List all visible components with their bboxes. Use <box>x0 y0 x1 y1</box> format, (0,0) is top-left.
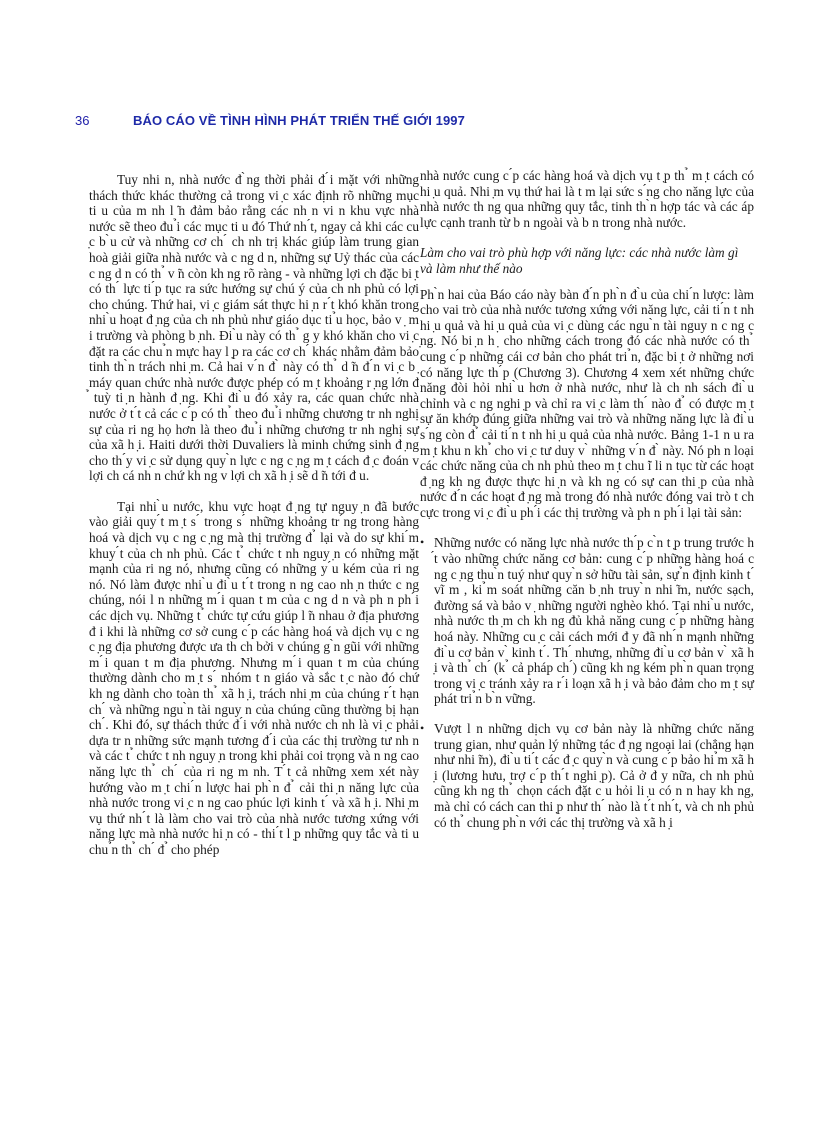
body-paragraph: Tuy nhi n, nhà nước đ ̀ng thời phải đ ́i… <box>89 172 419 484</box>
section-heading: Làm cho vai trò phù hợp với năng lực: cá… <box>420 245 754 276</box>
bullet-item: • Vượt l n những dịch vụ cơ bản này là n… <box>420 721 754 830</box>
left-column: Tuy nhi n, nhà nước đ ̀ng thời phải đ ́i… <box>89 172 419 873</box>
bullet-text: Vượt l n những dịch vụ cơ bản này là nhữ… <box>434 721 754 830</box>
right-column: nhà nước cung c ́p các hàng hoá và dịch … <box>420 168 754 844</box>
bullet-icon: • <box>420 535 424 551</box>
continuation-paragraph: nhà nước cung c ́p các hàng hoá và dịch … <box>420 168 754 230</box>
running-title: BÁO CÁO VỀ TÌNH HÌNH PHÁT TRIỂN THẾ GIỚI… <box>133 113 465 128</box>
body-paragraph: Ph ̀n hai của Báo cáo này bàn đ ́n ph ̀n… <box>420 287 754 521</box>
bullet-icon: • <box>420 721 424 737</box>
bullet-list: • Những nước có năng lực nhà nước th ́p … <box>420 535 754 830</box>
bullet-item: • Những nước có năng lực nhà nước th ́p … <box>420 535 754 707</box>
body-paragraph: Tại nhi ̀u nước, khu vực hoạt đ ̣ng tự n… <box>89 499 419 858</box>
page-number: 36 <box>75 113 89 128</box>
running-header: 36 BÁO CÁO VỀ TÌNH HÌNH PHÁT TRIỂN THẾ G… <box>0 113 816 133</box>
bullet-text: Những nước có năng lực nhà nước th ́p c … <box>434 535 754 706</box>
